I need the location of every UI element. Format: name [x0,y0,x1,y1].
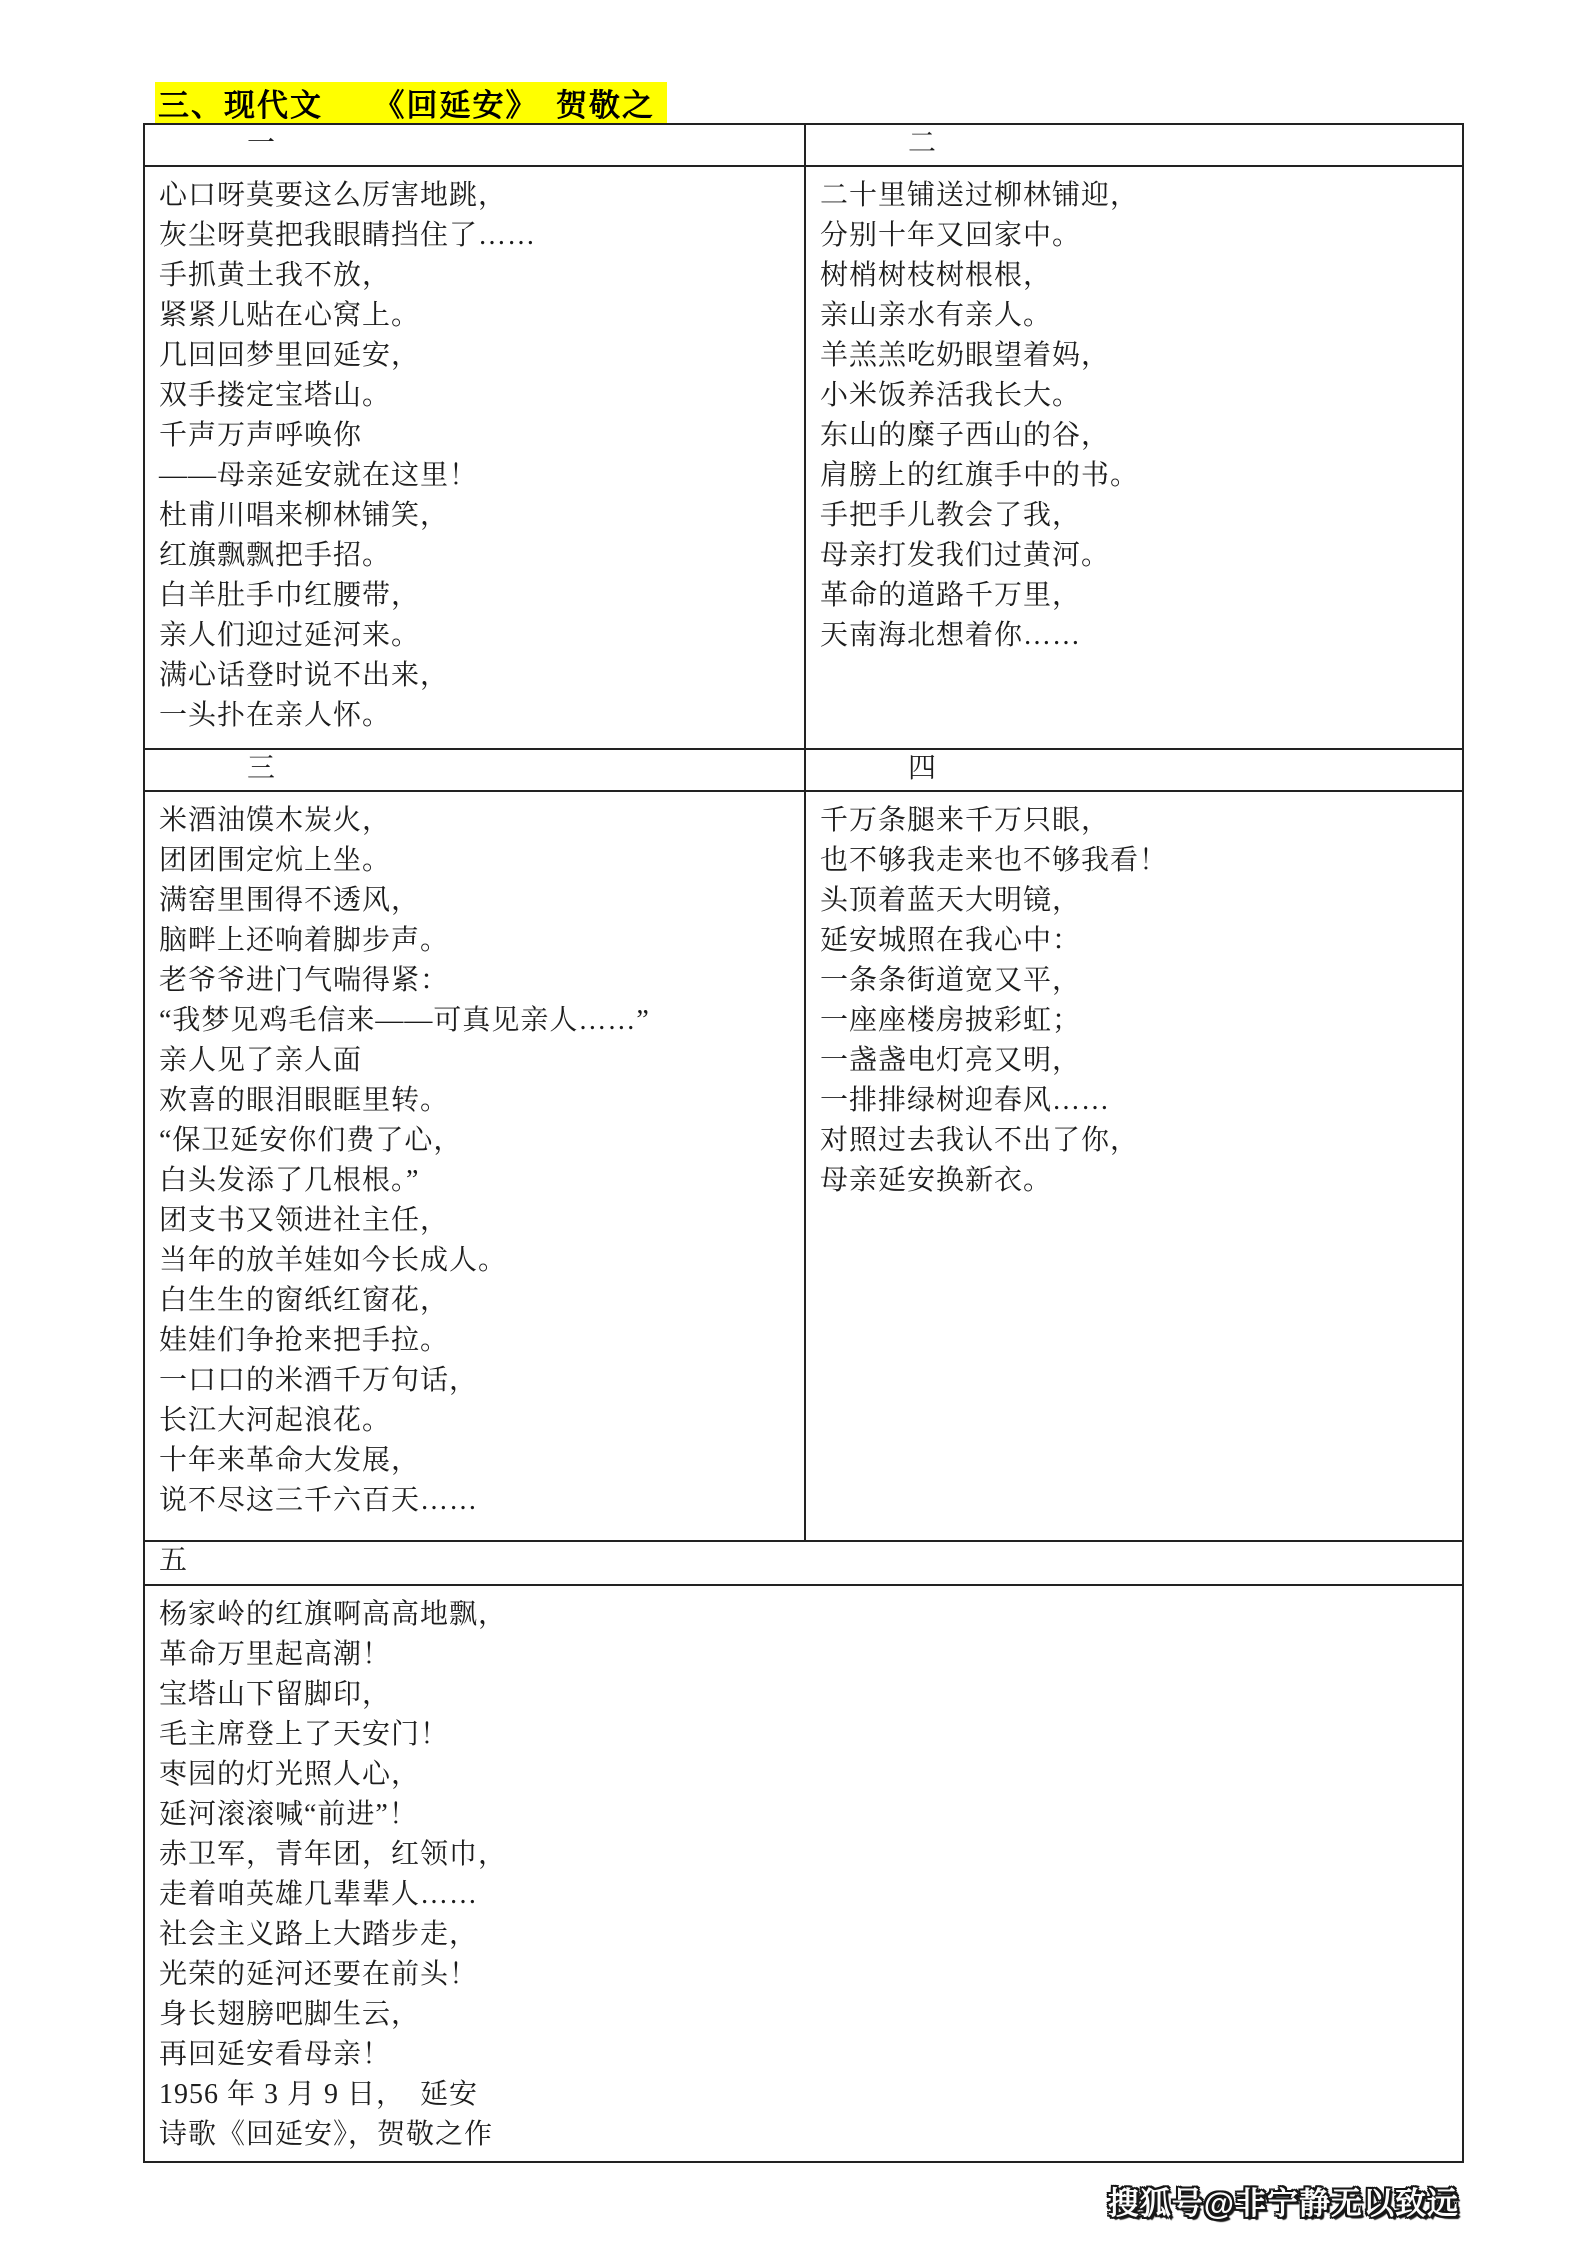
poem-line: 老爷爷进门气喘得紧： [159,961,794,1001]
poem-line: 一排排绿树迎春风…… [820,1081,1452,1121]
poem-line: 米酒油馍木炭火， [159,801,794,841]
poem-line: 满心话登时说不出来， [159,656,794,696]
poem-line: 社会主义路上大踏步走， [159,1915,1452,1955]
poem-line: 毛主席登上了天安门！ [159,1715,1452,1755]
poem-line: 白羊肚手巾红腰带， [159,576,794,616]
poem-line: 赤卫军，青年团，红领巾， [159,1835,1452,1875]
poem-line: 一盏盏电灯亮又明， [820,1041,1452,1081]
poem-line: 一条条街道宽又平， [820,961,1452,1001]
poem-section-2: 二十里铺送过柳林铺迎，分别十年又回家中。树梢树枝树根根，亲山亲水有亲人。羊羔羔吃… [804,165,1462,748]
poem-line: 双手搂定宝塔山。 [159,376,794,416]
table-header-section-1: 一 [145,125,804,165]
poem-line: 满窑里围得不透风， [159,881,794,921]
poem-section-4: 千万条腿来千万只眼，也不够我走来也不够我看！头顶着蓝天大明镜，延安城照在我心中：… [804,790,1462,1540]
poem-line: 头顶着蓝天大明镜， [820,881,1452,921]
poem-table: 一 二 心口呀莫要这么厉害地跳，灰尘呀莫把我眼睛挡住了……手抓黄土我不放，紧紧儿… [143,123,1464,2163]
poem-line: 光荣的延河还要在前头！ [159,1955,1452,1995]
poem-line: 千万条腿来千万只眼， [820,801,1452,841]
poem-line: 手抓黄土我不放， [159,256,794,296]
poem-line: 白生生的窗纸红窗花， [159,1281,794,1321]
poem-line: 亲山亲水有亲人。 [820,296,1452,336]
page-title: 三、现代文 《回延安》 贺敬之 [155,82,667,129]
table-header-section-5: 五 [145,1540,1462,1584]
poem-line: 脑畔上还响着脚步声。 [159,921,794,961]
poem-line: 也不够我走来也不够我看！ [820,841,1452,881]
document-page: 三、现代文 《回延安》 贺敬之 一 二 心口呀莫要这么厉害地跳，灰尘呀莫把我眼睛… [0,0,1587,2245]
poem-line: 延河滚滚喊“前进”！ [159,1795,1452,1835]
table-header-section-3: 三 [145,748,804,790]
poem-line: 杨家岭的红旗啊高高地飘， [159,1595,1452,1635]
poem-line: 几回回梦里回延安， [159,336,794,376]
poem-line: 枣园的灯光照人心， [159,1755,1452,1795]
poem-line: 杜甫川唱来柳林铺笑， [159,496,794,536]
poem-line: 母亲打发我们过黄河。 [820,536,1452,576]
poem-line: “我梦见鸡毛信来——可真见亲人……” [159,1001,794,1041]
poem-line: 羊羔羔吃奶眼望着妈， [820,336,1452,376]
poem-line: 一口口的米酒千万句话， [159,1361,794,1401]
table-header-section-4: 四 [804,748,1462,790]
poem-line: 灰尘呀莫把我眼睛挡住了…… [159,216,794,256]
poem-line: 对照过去我认不出了你， [820,1121,1452,1161]
poem-line: 延安城照在我心中： [820,921,1452,961]
poem-line: 身长翅膀吧脚生云， [159,1995,1452,2035]
poem-line: 欢喜的眼泪眼眶里转。 [159,1081,794,1121]
poem-line: 二十里铺送过柳林铺迎， [820,176,1452,216]
table-header-section-2: 二 [804,125,1462,165]
poem-line: 千声万声呼唤你 [159,416,794,456]
poem-line: 紧紧儿贴在心窝上。 [159,296,794,336]
poem-line: 走着咱英雄几辈辈人…… [159,1875,1452,1915]
poem-line: 十年来革命大发展， [159,1441,794,1481]
poem-line: 说不尽这三千六百天…… [159,1481,794,1521]
poem-line: 再回延安看母亲！ [159,2035,1452,2075]
poem-line: 一头扑在亲人怀。 [159,696,794,736]
poem-line: 树梢树枝树根根， [820,256,1452,296]
poem-line: 革命的道路千万里， [820,576,1452,616]
poem-line: 东山的糜子西山的谷， [820,416,1452,456]
poem-line: 心口呀莫要这么厉害地跳， [159,176,794,216]
watermark: 搜狐号@非宁静无以致远 [1108,2178,1459,2223]
poem-line: 娃娃们争抢来把手拉。 [159,1321,794,1361]
poem-line: “保卫延安你们费了心， [159,1121,794,1161]
poem-section-5: 杨家岭的红旗啊高高地飘，革命万里起高潮！宝塔山下留脚印，毛主席登上了天安门！枣园… [145,1584,1462,2161]
poem-line: 团团围定炕上坐。 [159,841,794,881]
poem-section-3: 米酒油馍木炭火，团团围定炕上坐。满窑里围得不透风，脑畔上还响着脚步声。老爷爷进门… [145,790,804,1540]
poem-line: 当年的放羊娃如今长成人。 [159,1241,794,1281]
poem-line: 肩膀上的红旗手中的书。 [820,456,1452,496]
poem-line: 团支书又领进社主任， [159,1201,794,1241]
poem-line: 诗歌《回延安》，贺敬之作 [159,2115,1452,2155]
poem-section-1: 心口呀莫要这么厉害地跳，灰尘呀莫把我眼睛挡住了……手抓黄土我不放，紧紧儿贴在心窝… [145,165,804,748]
poem-line: 亲人们迎过延河来。 [159,616,794,656]
poem-line: 红旗飘飘把手招。 [159,536,794,576]
poem-line: 1956 年 3 月 9 日， 延安 [159,2075,1452,2115]
poem-line: 分别十年又回家中。 [820,216,1452,256]
poem-line: 母亲延安换新衣。 [820,1161,1452,1201]
poem-line: 宝塔山下留脚印， [159,1675,1452,1715]
poem-line: 天南海北想着你…… [820,616,1452,656]
poem-line: 亲人见了亲人面 [159,1041,794,1081]
poem-line: 手把手儿教会了我， [820,496,1452,536]
poem-line: 小米饭养活我长大。 [820,376,1452,416]
poem-line: 白头发添了几根根。” [159,1161,794,1201]
poem-line: ——母亲延安就在这里！ [159,456,794,496]
poem-line: 一座座楼房披彩虹； [820,1001,1452,1041]
poem-line: 革命万里起高潮！ [159,1635,1452,1675]
poem-line: 长江大河起浪花。 [159,1401,794,1441]
